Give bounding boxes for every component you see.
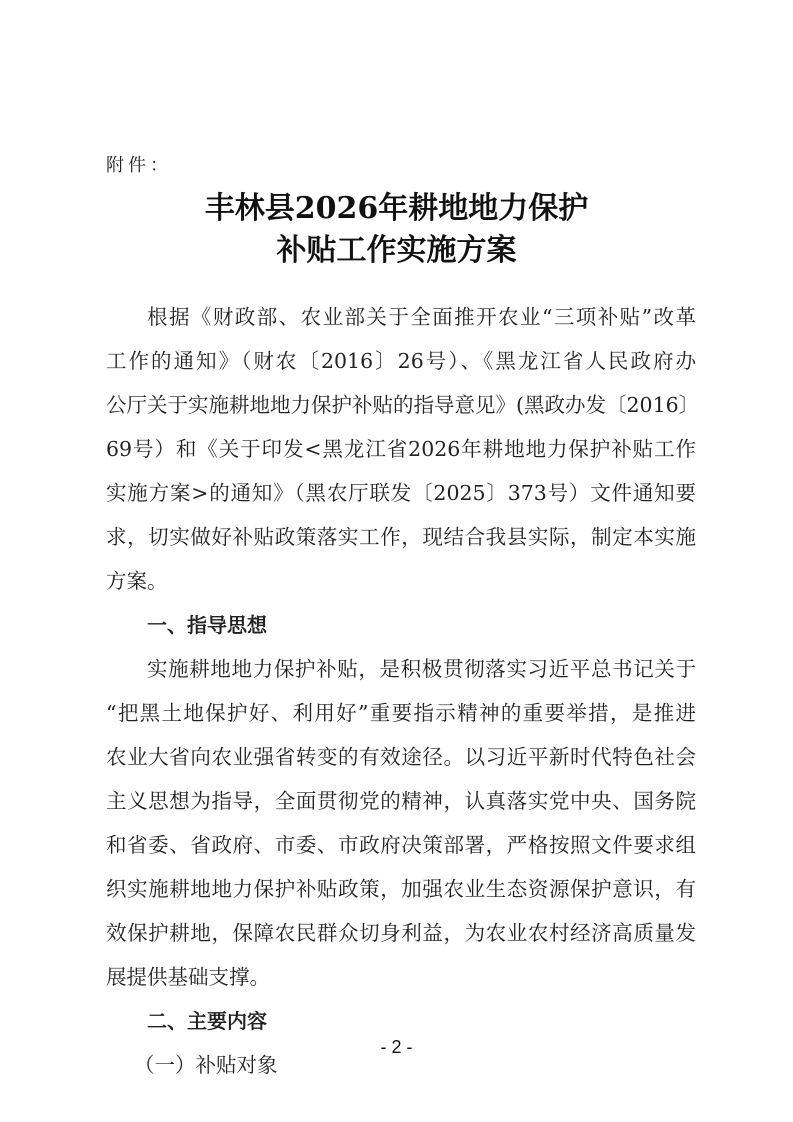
- body-line: 展提供基础支撑。: [106, 955, 696, 999]
- body-line: 主义思想为指导，全面贯彻党的精神，认真落实党中央、国务院: [106, 779, 696, 823]
- attachment-label: 附件：: [106, 151, 172, 177]
- body-line: 工作的通知》（财农〔2016〕26号）、《黑龙江省人民政府办: [106, 339, 696, 383]
- body-line: 根据《财政部、农业部关于全面推开农业“三项补贴”改革: [106, 295, 696, 339]
- section-heading-guiding-thought: 一、指导思想: [106, 603, 696, 647]
- body-line: 实施耕地地力保护补贴，是积极贯彻落实习近平总书记关于: [106, 647, 696, 691]
- document-title-line-1: 丰林县2026年耕地地力保护: [0, 183, 793, 227]
- body-line: 方案。: [106, 559, 696, 603]
- body-line: 农业大省向农业强省转变的有效途径。以习近平新时代特色社会: [106, 735, 696, 779]
- body-line: 公厅关于实施耕地地力保护补贴的指导意见》(黑政办发〔2016〕: [106, 383, 696, 427]
- body-line: “把黑土地保护好、利用好”重要指示精神的重要举措，是推进: [106, 691, 696, 735]
- body-line: 织实施耕地地力保护补贴政策，加强农业生态资源保护意识，有: [106, 867, 696, 911]
- body-line: 69号）和《关于印发<黑龙江省2026年耕地地力保护补贴工作: [106, 427, 696, 471]
- body-line: 效保护耕地，保障农民群众切身利益，为农业农村经济高质量发: [106, 911, 696, 955]
- body-line: 求，切实做好补贴政策落实工作，现结合我县实际，制定本实施: [106, 515, 696, 559]
- body-line: 实施方案>的通知》（黑农厅联发〔2025〕373号）文件通知要: [106, 471, 696, 515]
- document-page: 附件： 丰林县2026年耕地地力保护 补贴工作实施方案 根据《财政部、农业部关于…: [0, 0, 793, 1122]
- document-title-line-2: 补贴工作实施方案: [0, 225, 793, 269]
- page-number: - 2 -: [0, 1037, 793, 1058]
- body-line: 和省委、省政府、市委、市政府决策部署，严格按照文件要求组: [106, 823, 696, 867]
